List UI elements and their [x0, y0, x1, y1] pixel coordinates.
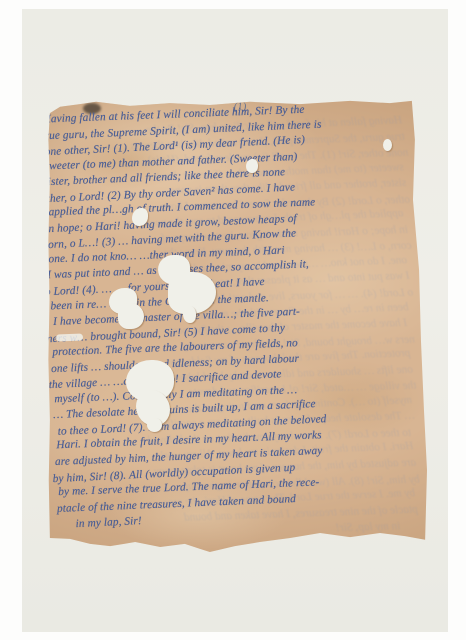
paper-hole	[246, 159, 258, 173]
handwritten-text: Having fallen at his feet I will concili…	[40, 99, 409, 533]
paper-hole	[147, 418, 162, 432]
paper-erasure-streak	[56, 334, 83, 342]
scan-page: { "document": { "page_number": "(1)", "l…	[0, 0, 466, 640]
manuscript-page: (1) Having fallen at his feet I will con…	[48, 100, 427, 552]
paper-hole	[118, 303, 144, 329]
paper-hole	[183, 306, 196, 323]
paper-hole	[383, 139, 392, 151]
